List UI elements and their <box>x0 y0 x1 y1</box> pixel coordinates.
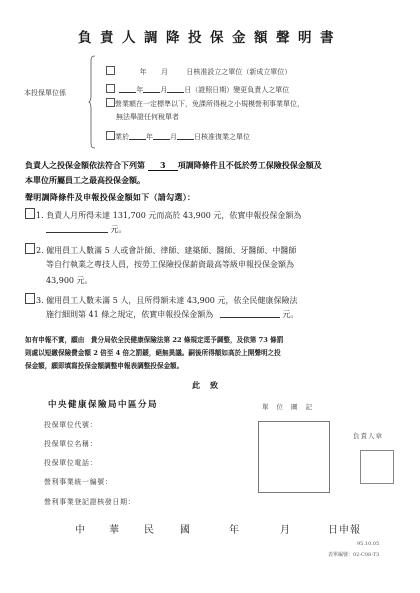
checkbox[interactable] <box>25 293 35 304</box>
addressee: 中央健康保險局中區分局 <box>48 398 158 410</box>
document-title: 負責人調降投保金額聲明書 <box>0 26 420 46</box>
field-unit-phone: 投保單位電話： <box>44 458 97 468</box>
unit-option-new: 年 月 日核准設立之單位（新成立單位） <box>106 66 291 77</box>
condition-2-line3: 43,900 元。 <box>46 275 93 286</box>
field-business-id: 營利事業統一編號： <box>44 477 112 487</box>
condition-3: 3. 僱用員工人數未滿 5 人，且所得額未達 43,900 元，依全民健康保險法 <box>25 293 297 306</box>
unit-type-label: 本投保單位係 <box>24 88 66 98</box>
amount-blank[interactable] <box>46 224 108 233</box>
day-blank[interactable] <box>167 84 184 93</box>
checkbox[interactable] <box>25 243 35 254</box>
field-unit-code: 投保單位代號： <box>44 420 97 430</box>
roc-char-4: 國 <box>180 521 190 536</box>
checkbox[interactable] <box>106 98 115 107</box>
declaration-line3: 保金額，願即填寫投保金額調整申報表調整投保金額。 <box>25 360 183 370</box>
month-label: 月 <box>280 521 290 536</box>
amount-blank[interactable] <box>220 309 280 318</box>
roc-char-1: 中 <box>75 521 85 536</box>
year-blank[interactable] <box>119 84 136 93</box>
checkbox[interactable] <box>25 208 35 219</box>
declaration-line2: 則處以短繳保險費金額 2 倍至 4 倍之罰鍰，絕無異議。嗣後所得額如高於上開聲明… <box>25 347 281 357</box>
field-unit-name: 投保單位名稱： <box>44 439 97 449</box>
declare-heading: 聲明調降條件及申報投保金額如下（請勾選）： <box>25 192 195 203</box>
curly-brace-icon <box>88 55 96 149</box>
condition-2-line2: 等自行執業之專技人員，按勞工保險投保薪資最高等級申報投保金額為 <box>46 259 294 270</box>
unit-option-resumed: 業於年月日核准復業之單位 <box>106 131 250 142</box>
checkbox[interactable] <box>106 84 115 93</box>
checkbox[interactable] <box>106 131 115 140</box>
day-blank[interactable] <box>177 131 194 140</box>
field-registration-date: 營利事業登記證核發日期： <box>44 497 135 507</box>
unit-option-change-owner: 年月日（證照日期）變更負責人之單位 <box>106 84 289 95</box>
responsible-seal-box[interactable] <box>360 450 394 484</box>
salutation: 此致 <box>0 380 420 391</box>
condition-2: 2. 僱用員工人數滿 5 人或會計師、律師、建築師、醫師、牙醫師、中醫師 <box>25 243 296 256</box>
declaration-line1: 如有申報不實，願由 貴分局依全民健康保險法第 22 條規定逕予調整，及依第 73… <box>25 334 283 344</box>
month-blank[interactable] <box>143 84 160 93</box>
unit-seal-box[interactable] <box>258 421 330 493</box>
condition-3-line2: 施行細則第 41 條之規定，依實申報投保金額為 元。 <box>46 309 298 320</box>
roc-char-3: 民 <box>144 521 154 536</box>
unit-seal-label: 單位圖記 <box>262 402 320 411</box>
unit-option-small-business-line2: 無法舉證任何稅單者 <box>116 112 179 122</box>
unit-option-small-business: 營業額在一定標準以下，免課所得稅之小規模營利事業單位， <box>106 98 304 109</box>
checkbox[interactable] <box>106 66 115 75</box>
version-date: 95.10.05 <box>357 541 379 547</box>
form-number: 表單編號：02-C08-T3 <box>328 551 379 558</box>
year-label: 年 <box>229 521 239 536</box>
condition-1-amount: 元。 <box>46 224 127 235</box>
day-submit-label: 日申報 <box>328 521 361 536</box>
statement-line1: 負責人之投保金額依法符合下列第 3項調降條件且不低於勞工保險投保金額及 <box>25 160 322 171</box>
statement-line2: 本單位所屬員工之最高投保金額。 <box>25 175 145 186</box>
item-number-field[interactable]: 3 <box>148 160 178 171</box>
month-blank[interactable] <box>153 131 170 140</box>
roc-char-2: 華 <box>109 521 119 536</box>
condition-1: 1. 負責人月所得未達 131,700 元而高於 43,900 元，依實申報投保… <box>25 208 301 221</box>
year-blank[interactable] <box>129 131 146 140</box>
responsible-seal-label: 負責人章 <box>353 431 383 440</box>
